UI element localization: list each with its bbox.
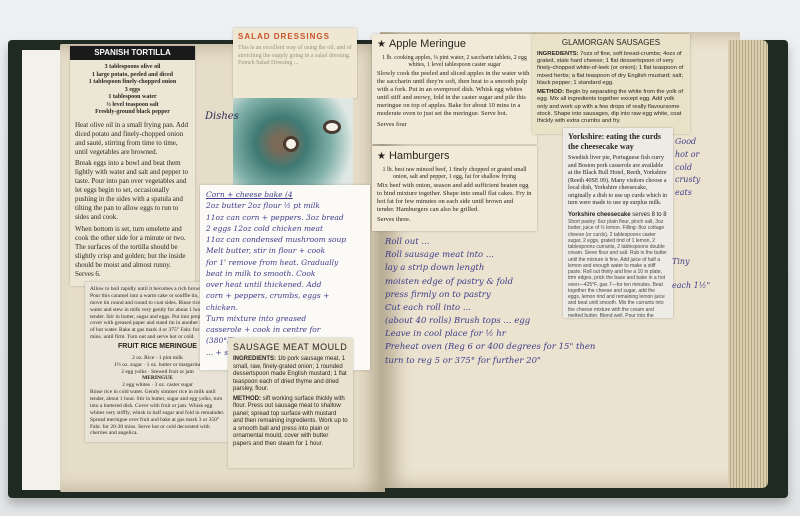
ingredients-text: 1 lb. cooking apples, ¼ pint water, 2 sa… bbox=[377, 55, 532, 70]
margin-word: each 1½" bbox=[672, 274, 710, 298]
handwritten-line: Leave in cool place for ½ hr bbox=[385, 328, 730, 341]
margin-word: Tiny bbox=[672, 250, 710, 274]
handwritten-line: Turn mixture into greased bbox=[206, 313, 364, 324]
margin-word: eats bbox=[675, 187, 700, 200]
recipe-title: ★Apple Meringue bbox=[377, 38, 532, 52]
serves-text: serves 8 to 8 bbox=[632, 212, 666, 218]
salad-photo bbox=[233, 98, 353, 188]
recipe-title: ★Hamburgers bbox=[377, 150, 532, 164]
handwritten-line: 11oz can corn + peppers. 3oz bread bbox=[206, 212, 364, 223]
handwritten-line: casserole + cook in centre for bbox=[206, 324, 364, 335]
sausage-meat-mould-clipping: SAUSAGE MEAT MOULD INGREDIENTS: 1lb pork… bbox=[228, 338, 353, 468]
section-label: METHOD: bbox=[233, 396, 261, 402]
handwritten-recipe: Corn + cheese bake (4 2oz butter 2oz flo… bbox=[200, 185, 370, 362]
dishes-label: Dishes bbox=[205, 110, 239, 125]
method-text: Heat olive oil in a small frying pan. Ad… bbox=[75, 121, 190, 280]
ingredient: 1 tablespoon water bbox=[75, 94, 190, 102]
subheading-text: Yorkshire cheesecake bbox=[568, 212, 631, 218]
apple-meringue-clipping: ★Apple Meringue 1 lb. cooking apples, ¼ … bbox=[372, 34, 537, 144]
ingredient: 3 eggs bbox=[75, 87, 190, 95]
serves-text: Serves three. bbox=[377, 216, 532, 224]
method-text: Rinse rice in cold water. Gently simmer … bbox=[90, 389, 225, 437]
spanish-tortilla-clipping: SPANISH TORTILLA 3 tablespoons olive oil… bbox=[70, 46, 195, 286]
method-paragraph: Heat olive oil in a small frying pan. Ad… bbox=[75, 121, 190, 157]
method-text: Slowly cook the peeled and sliced apples… bbox=[377, 70, 532, 119]
title-text: Apple Meringue bbox=[389, 38, 466, 50]
handwritten-line: beat in milk to smooth. Cook bbox=[206, 268, 364, 279]
star-icon: ★ bbox=[377, 39, 386, 50]
recipe-title: GLAMORGAN SAUSAGES bbox=[537, 38, 685, 48]
ingredient: Freshly-ground black pepper bbox=[75, 109, 190, 117]
handwritten-line: Preheat oven (Reg 6 or 400 degrees for 1… bbox=[385, 341, 730, 354]
section-label: METHOD: bbox=[537, 89, 564, 95]
handwritten-line: turn to reg 5 or 375° for further 20" bbox=[385, 355, 730, 368]
margin-word: Good bbox=[675, 136, 700, 149]
egg-slice bbox=[323, 120, 341, 134]
glamorgan-sausages-clipping: GLAMORGAN SAUSAGES INGREDIENTS: 7ozs of … bbox=[532, 34, 690, 134]
handwritten-line: (about 40 rolls) Brush tops ... egg bbox=[385, 315, 730, 328]
handwritten-line: Cut each roll into ... bbox=[385, 302, 730, 315]
handwritten-line: over heat until thickened. Add bbox=[206, 279, 364, 290]
ingredient: 1 large potato, peeled and diced bbox=[75, 72, 190, 80]
ingredient: 1 tablespoon finely-chopped onion bbox=[75, 79, 190, 87]
photo-scene: SPANISH TORTILLA 3 tablespoons olive oil… bbox=[0, 0, 800, 516]
subheading: Yorkshire cheesecake serves 8 to 8 bbox=[568, 212, 668, 220]
handwritten-line: corn + peppers, crumbs, eggs + bbox=[206, 290, 364, 301]
recipe-title: SALAD DRESSINGS bbox=[238, 32, 352, 42]
recipe-title: Corn + cheese bake (4 bbox=[206, 189, 364, 200]
margin-note: Good hot or cold crusty eats bbox=[675, 136, 700, 200]
handwritten-line: Melt butter, stir in flour + cook bbox=[206, 245, 364, 256]
method-paragraph: Break eggs into a bowl and beat them lig… bbox=[75, 159, 190, 223]
body-text: This is an excellent way of using the oi… bbox=[238, 45, 352, 68]
salad-dressings-clipping: SALAD DRESSINGS This is an excellent way… bbox=[233, 28, 357, 98]
article-text: Swedish liver pie, Portuguese fish curry… bbox=[568, 155, 668, 208]
handwritten-line: Roll out ... bbox=[385, 236, 730, 249]
ingredient: 3 tablespoons olive oil bbox=[75, 64, 190, 72]
margin-note: Tiny each 1½" bbox=[672, 250, 710, 298]
ingredient: ½ level teaspoon salt bbox=[75, 102, 190, 110]
title-text: Hamburgers bbox=[389, 150, 450, 162]
recipe-title: SPANISH TORTILLA bbox=[70, 46, 195, 60]
section-label: INGREDIENTS: bbox=[233, 356, 276, 362]
ingredient: 2 egg whites · 3 oz. caster sugar bbox=[90, 382, 225, 389]
recipe-title: SAUSAGE MEAT MOULD bbox=[233, 342, 348, 353]
ingredient-list: 3 tablespoons olive oil 1 large potato, … bbox=[75, 64, 190, 117]
subheading: MERINGUE bbox=[90, 375, 225, 382]
margin-word: hot or bbox=[675, 149, 700, 162]
section-label: INGREDIENTS: bbox=[537, 51, 579, 57]
handwritten-line: chicken. bbox=[206, 302, 364, 313]
star-icon: ★ bbox=[377, 151, 386, 162]
method-text: Mix beef with onion, season and add suff… bbox=[377, 182, 532, 215]
margin-word: crusty bbox=[675, 174, 700, 187]
handwritten-line: 2oz butter 2oz flour ½ pt milk bbox=[206, 200, 364, 211]
handwritten-line: 2 eggs 12oz cold chicken meat bbox=[206, 223, 364, 234]
ingredients-text: 1 lb. best raw minced beef, 1 finely cho… bbox=[377, 167, 532, 182]
serves-text: Serves four bbox=[377, 121, 532, 129]
method-text: sift working surface thickly with flour.… bbox=[233, 396, 348, 447]
margin-word: cold bbox=[675, 162, 700, 175]
hamburgers-clipping: ★Hamburgers 1 lb. best raw minced beef, … bbox=[372, 146, 537, 231]
egg-slice bbox=[283, 136, 299, 152]
article-title: Yorkshire: eating the curds the cheeseca… bbox=[568, 132, 668, 152]
page-edges bbox=[728, 40, 768, 488]
handwritten-line: 11oz can condensed mushroom soup bbox=[206, 234, 364, 245]
handwritten-line: for 1' remove from heat. Gradually bbox=[206, 257, 364, 268]
method-paragraph: When bottom is set, turn omelette and co… bbox=[75, 225, 190, 280]
